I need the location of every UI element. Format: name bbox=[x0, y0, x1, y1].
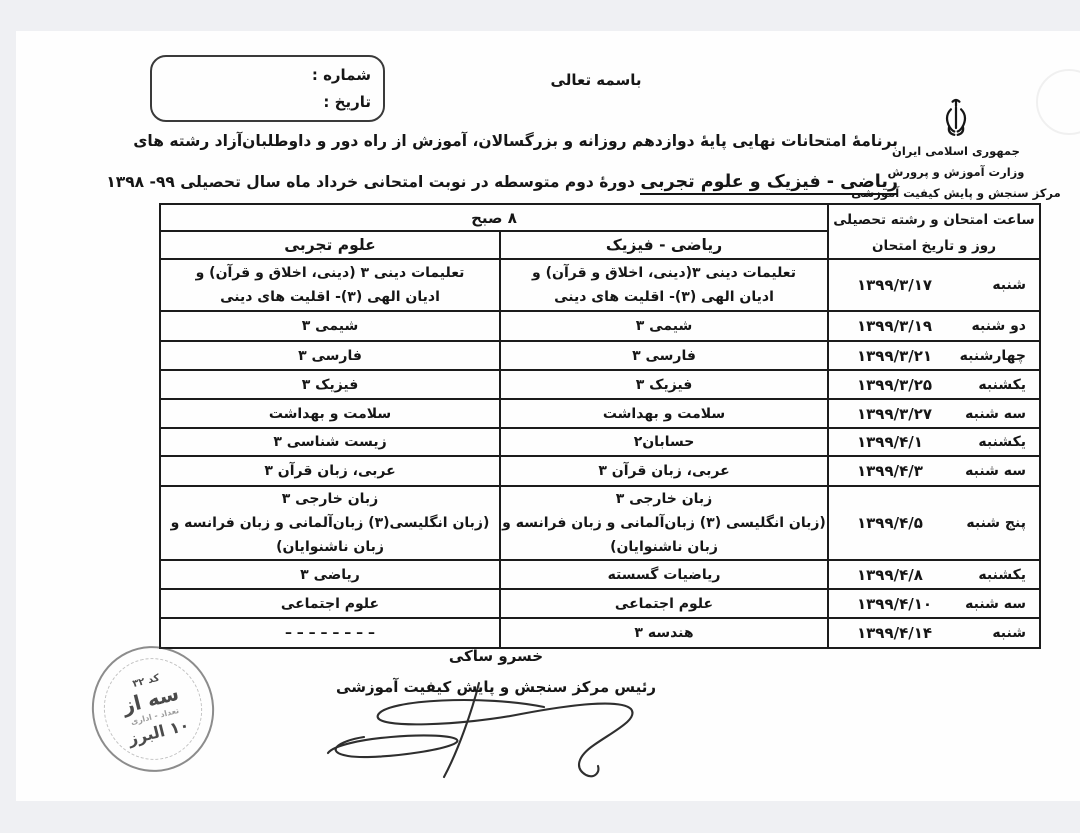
day-label: سه شنبه bbox=[965, 463, 1026, 479]
subject-line: فارسی ۳ bbox=[501, 344, 827, 368]
table-header-row-1: ساعت امتحان و رشته تحصیلی روز و تاریخ ام… bbox=[160, 204, 1040, 231]
date-value: ۱۳۹۹/۴/۳ bbox=[857, 462, 923, 480]
subject-line: (زبان انگلیسی(۳) زبان‌آلمانی و زبان فران… bbox=[161, 511, 499, 559]
stamp-code: کد ۳۲ bbox=[131, 672, 161, 691]
iran-emblem-icon bbox=[939, 97, 973, 137]
day-label: سه شنبه bbox=[965, 596, 1026, 612]
day-date-cell: شنبه۱۳۹۹/۳/۱۷ bbox=[828, 259, 1040, 311]
stamp-line-large: سه از bbox=[120, 681, 181, 718]
day-date-cell: یکشنبه۱۳۹۹/۳/۲۵ bbox=[828, 370, 1040, 399]
document-title: برنامهٔ امتحانات نهایی پایهٔ دوازدهم روز… bbox=[134, 126, 898, 197]
subject-line: حسابان۲ bbox=[501, 430, 827, 454]
day-date-cell: پنج شنبه۱۳۹۹/۴/۵ bbox=[828, 486, 1040, 560]
day-label: چهارشنبه bbox=[960, 348, 1026, 364]
date-value: ۱۳۹۹/۴/۸ bbox=[857, 566, 923, 584]
subject-cell-experimental: شیمی ۳ bbox=[160, 311, 500, 341]
table-row: سه شنبه۱۳۹۹/۴/۳عربی، زبان قرآن ۳عربی، زب… bbox=[160, 456, 1040, 486]
date-value: ۱۳۹۹/۳/۱۹ bbox=[857, 317, 932, 335]
subject-line: علوم اجتماعی bbox=[161, 592, 499, 616]
subject-line: ادیان الهی (۳)- اقلیت های دینی bbox=[161, 285, 499, 309]
number-label: شماره : bbox=[164, 62, 371, 89]
day-date-cell: سه شنبه۱۳۹۹/۳/۲۷ bbox=[828, 399, 1040, 428]
day-label: شنبه bbox=[992, 277, 1026, 293]
bismillah-heading: باسمه تعالی bbox=[496, 71, 696, 89]
subject-line: زبان خارجی ۳ bbox=[501, 487, 827, 511]
day-date-cell: یکشنبه۱۳۹۹/۴/۱ bbox=[828, 428, 1040, 456]
day-date-cell: یکشنبه۱۳۹۹/۴/۸ bbox=[828, 560, 1040, 589]
date-value: ۱۳۹۹/۴/۵ bbox=[857, 514, 923, 532]
subject-line: فیزیک ۳ bbox=[501, 373, 827, 397]
title-line-1: برنامهٔ امتحانات نهایی پایهٔ دوازدهم روز… bbox=[134, 126, 898, 156]
subject-cell-experimental: ریاضی ۳ bbox=[160, 560, 500, 589]
subject-cell-math-physics: تعلیمات دینی ۳(دینی، اخلاق و قرآن) وادیا… bbox=[500, 259, 828, 311]
subject-line: – – – – – – – – bbox=[161, 621, 499, 645]
subject-cell-math-physics: فیزیک ۳ bbox=[500, 370, 828, 399]
table-row: پنج شنبه۱۳۹۹/۴/۵زبان خارجی ۳(زبان انگلیس… bbox=[160, 486, 1040, 560]
table-row: دو شنبه۱۳۹۹/۳/۱۹شیمی ۳شیمی ۳ bbox=[160, 311, 1040, 341]
header-exam-time-field: ساعت امتحان و رشته تحصیلی bbox=[829, 212, 1039, 228]
subject-cell-experimental: عربی، زبان قرآن ۳ bbox=[160, 456, 500, 486]
scanned-document-page: باسمه تعالی شماره : تاریخ : bbox=[16, 31, 1080, 801]
day-date-cell: سه شنبه۱۳۹۹/۴/۱۰ bbox=[828, 589, 1040, 618]
subject-line: تعلیمات دینی ۳(دینی، اخلاق و قرآن) و bbox=[501, 261, 827, 285]
subject-line: فیزیک ۳ bbox=[161, 373, 499, 397]
subject-line: (زبان انگلیسی (۳) زبان‌آلمانی و زبان فرا… bbox=[501, 511, 827, 559]
table-row: یکشنبه۱۳۹۹/۳/۲۵فیزیک ۳فیزیک ۳ bbox=[160, 370, 1040, 399]
table-row: شنبه۱۳۹۹/۳/۱۷تعلیمات دینی ۳(دینی، اخلاق … bbox=[160, 259, 1040, 311]
subject-line: تعلیمات دینی ۳ (دینی، اخلاق و قرآن) و bbox=[161, 261, 499, 285]
date-value: ۱۳۹۹/۴/۱ bbox=[857, 433, 923, 451]
day-label: دو شنبه bbox=[972, 318, 1026, 334]
subject-cell-experimental: فارسی ۳ bbox=[160, 341, 500, 370]
date-value: ۱۳۹۹/۳/۲۷ bbox=[857, 405, 932, 423]
subject-line: فارسی ۳ bbox=[161, 344, 499, 368]
day-label: یکشنبه bbox=[978, 377, 1026, 393]
table-row: چهارشنبه۱۳۹۹/۳/۲۱فارسی ۳فارسی ۳ bbox=[160, 341, 1040, 370]
column-header-math-physics: ریاضی - فیزیک bbox=[500, 231, 828, 259]
day-date-cell: چهارشنبه۱۳۹۹/۳/۲۱ bbox=[828, 341, 1040, 370]
day-label: پنج شنبه bbox=[966, 515, 1026, 531]
subject-cell-experimental: زبان خارجی ۳(زبان انگلیسی(۳) زبان‌آلمانی… bbox=[160, 486, 500, 560]
day-date-column-header: ساعت امتحان و رشته تحصیلی روز و تاریخ ام… bbox=[828, 204, 1040, 259]
subject-cell-math-physics: حسابان۲ bbox=[500, 428, 828, 456]
header-day-date: روز و تاریخ امتحان bbox=[829, 238, 1039, 254]
table-row: یکشنبه۱۳۹۹/۴/۸ریاضیات گسستهریاضی ۳ bbox=[160, 560, 1040, 589]
subject-cell-math-physics: علوم اجتماعی bbox=[500, 589, 828, 618]
column-header-experimental: علوم تجربی bbox=[160, 231, 500, 259]
subject-line: شیمی ۳ bbox=[161, 314, 499, 338]
table-row: سه شنبه۱۳۹۹/۴/۱۰علوم اجتماعیعلوم اجتماعی bbox=[160, 589, 1040, 618]
exam-schedule-table: ساعت امتحان و رشته تحصیلی روز و تاریخ ام… bbox=[159, 203, 1041, 649]
subject-line: عربی، زبان قرآن ۳ bbox=[161, 459, 499, 483]
subject-line: هندسه ۳ bbox=[501, 621, 827, 645]
number-date-box: شماره : تاریخ : bbox=[150, 55, 385, 122]
subject-cell-math-physics: سلامت و بهداشت bbox=[500, 399, 828, 428]
date-value: ۱۳۹۹/۳/۲۵ bbox=[857, 376, 932, 394]
table-row: سه شنبه۱۳۹۹/۳/۲۷سلامت و بهداشتسلامت و به… bbox=[160, 399, 1040, 428]
subject-line: ادیان الهی (۳)- اقلیت های دینی bbox=[501, 285, 827, 309]
subject-line: شیمی ۳ bbox=[501, 314, 827, 338]
signature-block: خسرو ساکی رئیس مرکز سنجش و پایش کیفیت آم… bbox=[296, 643, 696, 700]
title-line-2: ریاضی - فیزیک و علوم تجربی دورهٔ دوم متو… bbox=[134, 167, 898, 197]
stamp-line-bottom: ۱۰ البرز bbox=[126, 714, 192, 750]
subject-line: سلامت و بهداشت bbox=[161, 402, 499, 426]
day-label: یکشنبه bbox=[978, 567, 1026, 583]
stamp-line-faint: تعداد - اداری bbox=[130, 705, 181, 728]
subject-line: علوم اجتماعی bbox=[501, 592, 827, 616]
subject-cell-experimental: تعلیمات دینی ۳ (دینی، اخلاق و قرآن) وادی… bbox=[160, 259, 500, 311]
date-value: ۱۳۹۹/۴/۱۰ bbox=[857, 595, 932, 613]
subject-cell-experimental: فیزیک ۳ bbox=[160, 370, 500, 399]
title-stream-underlined: ریاضی - فیزیک و علوم تجربی bbox=[640, 172, 898, 195]
date-value: ۱۳۹۹/۳/۱۷ bbox=[857, 276, 932, 294]
subject-cell-math-physics: ریاضیات گسسته bbox=[500, 560, 828, 589]
day-label: شنبه bbox=[992, 625, 1026, 641]
screenshot-viewport: باسمه تعالی شماره : تاریخ : bbox=[0, 0, 1080, 833]
date-value: ۱۳۹۹/۴/۱۴ bbox=[857, 624, 932, 642]
subject-line: سلامت و بهداشت bbox=[501, 402, 827, 426]
subject-cell-experimental: علوم اجتماعی bbox=[160, 589, 500, 618]
day-date-cell: شنبه۱۳۹۹/۴/۱۴ bbox=[828, 618, 1040, 648]
date-value: ۱۳۹۹/۳/۲۱ bbox=[857, 347, 932, 365]
day-date-cell: دو شنبه۱۳۹۹/۳/۱۹ bbox=[828, 311, 1040, 341]
subject-line: عربی، زبان قرآن ۳ bbox=[501, 459, 827, 483]
date-label: تاریخ : bbox=[164, 89, 371, 116]
subject-cell-experimental: سلامت و بهداشت bbox=[160, 399, 500, 428]
subject-line: ریاضی ۳ bbox=[161, 563, 499, 587]
subject-cell-experimental: زیست شناسی ۳ bbox=[160, 428, 500, 456]
day-label: سه شنبه bbox=[965, 406, 1026, 422]
subject-line: ریاضیات گسسته bbox=[501, 563, 827, 587]
signer-name: خسرو ساکی bbox=[296, 643, 696, 669]
subject-cell-math-physics: شیمی ۳ bbox=[500, 311, 828, 341]
subject-line: زبان خارجی ۳ bbox=[161, 487, 499, 511]
subject-cell-math-physics: زبان خارجی ۳(زبان انگلیسی (۳) زبان‌آلمان… bbox=[500, 486, 828, 560]
circular-stamp: کد ۳۲ سه از تعداد - اداری ۱۰ البرز bbox=[79, 633, 228, 785]
time-header-cell: ۸ صبح bbox=[160, 204, 828, 231]
subject-line: زیست شناسی ۳ bbox=[161, 430, 499, 454]
subject-cell-math-physics: فارسی ۳ bbox=[500, 341, 828, 370]
table-row: یکشنبه۱۳۹۹/۴/۱حسابان۲زیست شناسی ۳ bbox=[160, 428, 1040, 456]
schedule-body: شنبه۱۳۹۹/۳/۱۷تعلیمات دینی ۳(دینی، اخلاق … bbox=[160, 259, 1040, 648]
signer-title: رئیس مرکز سنجش و پایش کیفیت آموزشی bbox=[296, 674, 696, 700]
title-line-2-rest: دورهٔ دوم متوسطه در نوبت امتحانی خرداد م… bbox=[106, 173, 635, 191]
subject-cell-math-physics: عربی، زبان قرآن ۳ bbox=[500, 456, 828, 486]
day-date-cell: سه شنبه۱۳۹۹/۴/۳ bbox=[828, 456, 1040, 486]
day-label: یکشنبه bbox=[978, 434, 1026, 450]
